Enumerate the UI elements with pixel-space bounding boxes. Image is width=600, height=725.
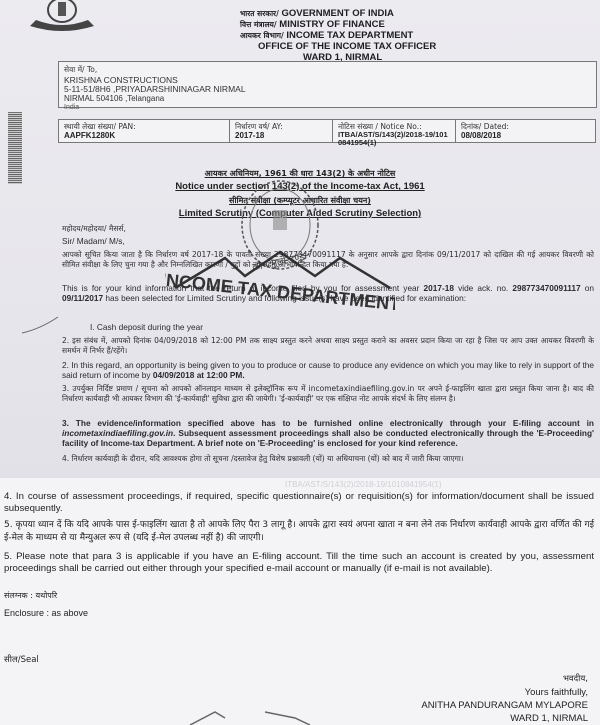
emblem-icon bbox=[22, 0, 102, 34]
pan-label: स्थायी लेखा संख्या/ PAN: bbox=[64, 122, 226, 131]
letterhead-line-1: भारत सरकार/ GOVERNMENT OF INDIA bbox=[240, 8, 394, 19]
dated-label: दिनांक/ Dated: bbox=[461, 122, 591, 131]
page-2-reference: ITBA/AST/S/143(2)/2018-19/1010841954(1) bbox=[285, 480, 442, 489]
signature-block: भवदीय, Yours faithfully, ANITHA PANDURAN… bbox=[421, 673, 588, 725]
paragraph-4: 4. In course of assessment proceedings, … bbox=[4, 491, 594, 515]
paragraph-4-hindi: 4. निर्धारण कार्यवाही के दौरान, यदि आवश्… bbox=[62, 454, 594, 464]
scrutiny-title: Limited Scrutiny (Computer Aided Scrutin… bbox=[0, 208, 600, 219]
to-label: सेवा में/ To, bbox=[64, 65, 328, 74]
checkmark-icon bbox=[20, 315, 60, 337]
notice-page-1: भारत सरकार/ GOVERNMENT OF INDIA वित्त मं… bbox=[0, 0, 600, 478]
addressee-country: India bbox=[64, 103, 328, 112]
seal-fragment-icon bbox=[185, 708, 315, 725]
dated-value: 08/08/2018 bbox=[461, 131, 591, 140]
enclosure-hindi: संलग्नक : यथोपरि bbox=[4, 590, 594, 602]
hindi-notice-title: आयकर अधिनियम, 1961 की धारा 143(2) के अधी… bbox=[0, 168, 600, 179]
paragraph-2: 2. In this regard, an opportunity is bei… bbox=[62, 360, 594, 380]
pan-cell: स्थायी लेखा संख्या/ PAN: AAPFK1280K bbox=[58, 119, 230, 143]
closing: Yours faithfully, bbox=[421, 686, 588, 699]
seal-label: सील/Seal bbox=[4, 654, 594, 666]
paragraph-5: 5. Please note that para 3 is applicable… bbox=[4, 551, 594, 575]
paragraph-1-hindi: आपको सूचित किया जाता है कि निर्धारण वर्ष… bbox=[62, 250, 594, 270]
notice-no-value: ITBA/AST/S/143(2)/2018-19/1010841954(1) bbox=[338, 131, 451, 147]
paragraph-3-hindi: 3. उपर्युक्त निर्दिष्ट प्रमाण / सूचना को… bbox=[62, 384, 594, 404]
ay-label: निर्धारण वर्ष/ AY: bbox=[235, 122, 328, 131]
officer-designation: WARD 1, NIRMAL bbox=[421, 712, 588, 725]
pan-value: AAPFK1280K bbox=[64, 131, 226, 140]
letterhead-line-4: OFFICE OF THE INCOME TAX OFFICER bbox=[258, 41, 436, 52]
paragraph-5-hindi: 5. कृपया ध्यान दें कि यदि आपके पास ई-फाइ… bbox=[4, 519, 594, 545]
addressee-address-1: 5-11-51/8H6 ,PRIYADARSHININAGAR NIRMAL bbox=[64, 85, 328, 94]
paragraph-3: 3. The evidence/information specified ab… bbox=[62, 418, 594, 448]
letterhead-line-3: आयकर विभाग/ INCOME TAX DEPARTMENT bbox=[240, 30, 413, 41]
notice-page-2: ITBA/AST/S/143(2)/2018-19/1010841954(1) … bbox=[0, 478, 600, 725]
paragraph-2-hindi: 2. इस संबंध में, आपको दिनांक 04/09/2018 … bbox=[62, 336, 594, 356]
ay-value: 2017-18 bbox=[235, 131, 328, 140]
hindi-scrutiny-title: सीमित संवीक्षा (कम्प्यूटर आधारित संवीक्ष… bbox=[0, 195, 600, 206]
salutation: Sir/ Madam/ M/s, bbox=[62, 236, 594, 246]
issue-1: I. Cash deposit during the year bbox=[90, 322, 600, 332]
enclosure: Enclosure : as above bbox=[4, 607, 594, 619]
officer-name: ANITHA PANDURANGAM MYLAPORE bbox=[421, 699, 588, 712]
addressee-address-2: NIRMAL 504106 ,Telangana bbox=[64, 94, 328, 103]
dated-cell: दिनांक/ Dated: 08/08/2018 bbox=[456, 119, 596, 143]
notice-no-cell: नोटिस संख्या / Notice No.: ITBA/AST/S/14… bbox=[333, 119, 456, 143]
letterhead-line-2: वित्त मंत्रालय/ MINISTRY OF FINANCE bbox=[240, 19, 385, 30]
salutation-hindi: महोदय/महोदया/ मैसर्स, bbox=[62, 224, 594, 234]
addressee-box: सेवा में/ To, KRISHNA CONSTRUCTIONS 5-11… bbox=[58, 61, 334, 108]
blank-box bbox=[332, 61, 597, 108]
paragraph-1: This is for your kind information that t… bbox=[62, 283, 594, 303]
notice-title: Notice under section 143(2) of the Incom… bbox=[0, 181, 600, 192]
ay-cell: निर्धारण वर्ष/ AY: 2017-18 bbox=[230, 119, 333, 143]
closing-hindi: भवदीय, bbox=[421, 673, 588, 686]
